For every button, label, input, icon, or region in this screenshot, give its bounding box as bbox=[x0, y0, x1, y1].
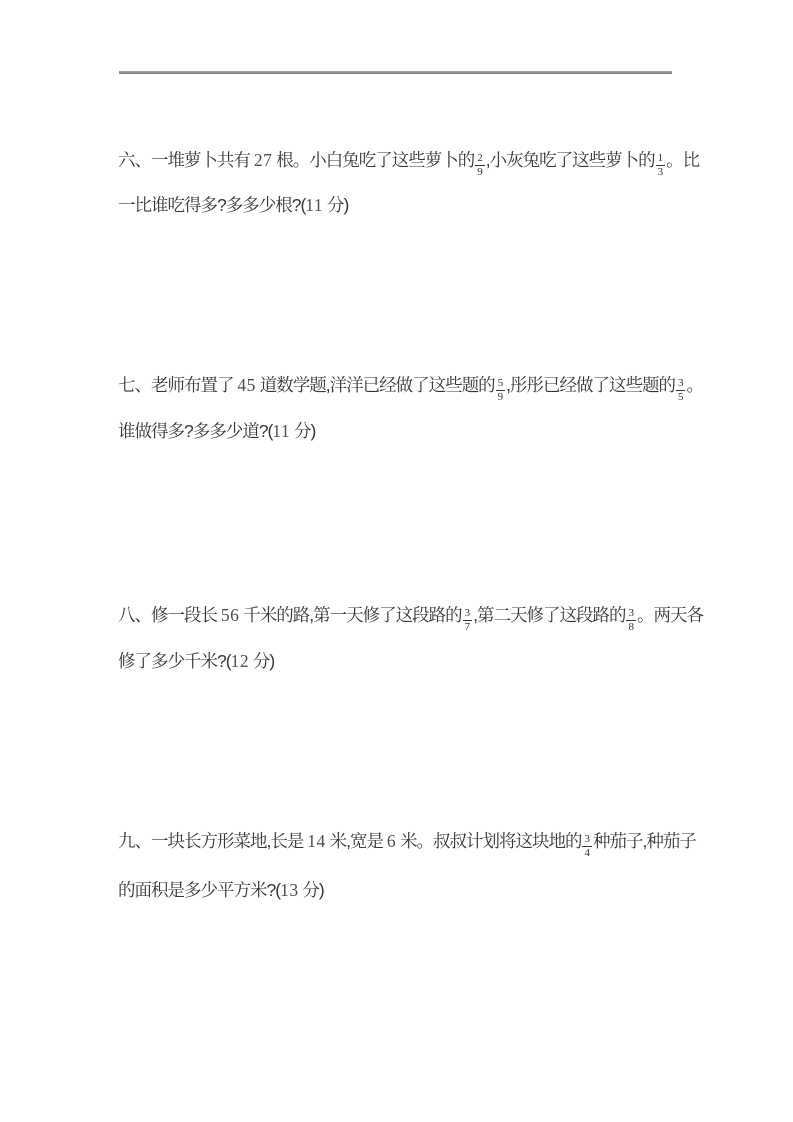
question-seven-line-2: 谁做得多?多多少道?(11 分) bbox=[118, 418, 678, 444]
fraction-denominator: 9 bbox=[475, 165, 485, 179]
fraction-denominator: 8 bbox=[626, 620, 636, 634]
worksheet-page: 六、一堆萝卜共有 27 根。小白兔吃了这些萝卜的29,小灰兔吃了这些萝卜的13。… bbox=[0, 0, 793, 1122]
fraction-numerator: 3 bbox=[676, 377, 686, 390]
question-six-line-1: 六、一堆萝卜共有 27 根。小白兔吃了这些萝卜的29,小灰兔吃了这些萝卜的13。… bbox=[118, 147, 678, 173]
number-text: 13 bbox=[280, 880, 299, 900]
fraction: 59 bbox=[496, 377, 506, 403]
fraction-numerator: 3 bbox=[582, 833, 592, 846]
fraction: 35 bbox=[676, 377, 686, 403]
fraction-numerator: 5 bbox=[496, 377, 506, 390]
question-eight-line-2: 修了多少千米?(12 分) bbox=[118, 648, 678, 674]
fraction-numerator: 3 bbox=[626, 607, 636, 620]
question-eight-line-1: 八、修一段长 56 千米的路,第一天修了这段路的37,第二天修了这段路的38。两… bbox=[118, 602, 678, 628]
number-text: 11 bbox=[272, 421, 290, 441]
fraction-denominator: 3 bbox=[656, 165, 666, 179]
question-seven-line-1: 七、老师布置了 45 道数学题,洋洋已经做了这些题的59,彤彤已经做了这些题的3… bbox=[118, 372, 678, 398]
number-text: 6 bbox=[387, 831, 396, 851]
question-nine-line-2: 的面积是多少平方米?(13 分) bbox=[118, 877, 678, 903]
number-text: 45 bbox=[237, 375, 256, 395]
number-text: 14 bbox=[307, 831, 326, 851]
number-text: 27 bbox=[254, 150, 273, 170]
fraction-numerator: 3 bbox=[463, 607, 473, 620]
fraction: 13 bbox=[656, 152, 666, 178]
question-six-line-2: 一比谁吃得多?多多少根?(11 分) bbox=[118, 192, 678, 218]
number-text: 56 bbox=[221, 605, 240, 625]
fraction-denominator: 7 bbox=[463, 620, 473, 634]
fraction: 34 bbox=[582, 833, 592, 859]
fraction: 37 bbox=[463, 607, 473, 633]
fraction-numerator: 1 bbox=[656, 152, 666, 165]
question-nine-line-1: 九、一块长方形菜地,长是 14 米,宽是 6 米。叔叔计划将这块地的34种茄子,… bbox=[118, 828, 678, 854]
fraction-denominator: 9 bbox=[496, 390, 506, 404]
fraction-denominator: 5 bbox=[676, 390, 686, 404]
fraction: 38 bbox=[626, 607, 636, 633]
number-text: 12 bbox=[231, 651, 250, 671]
fraction-denominator: 4 bbox=[582, 846, 592, 860]
fraction: 29 bbox=[475, 152, 485, 178]
fraction-numerator: 2 bbox=[475, 152, 485, 165]
top-divider-line bbox=[119, 71, 672, 74]
number-text: 11 bbox=[305, 195, 323, 215]
